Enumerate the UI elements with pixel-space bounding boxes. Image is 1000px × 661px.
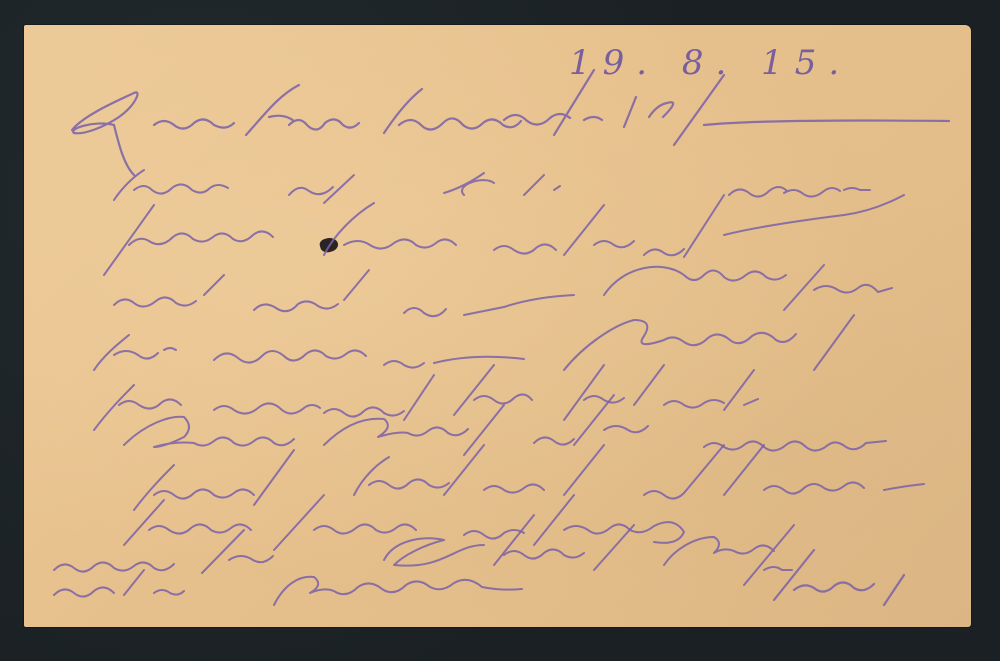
handwriting-line-4 (114, 265, 892, 316)
handwriting-line-8 (134, 445, 924, 510)
handwriting-signature (774, 550, 904, 605)
handwriting-line-1 (72, 70, 949, 175)
handwriting-line-11 (54, 570, 522, 605)
handwriting (24, 25, 971, 627)
postcard: 19. 8. 15. (24, 25, 971, 627)
handwriting-line-6 (94, 365, 758, 430)
handwriting-line-3 (104, 195, 904, 275)
handwriting-line-2 (114, 170, 870, 203)
handwriting-line-10 (54, 515, 794, 585)
handwriting-line-5 (94, 315, 854, 370)
